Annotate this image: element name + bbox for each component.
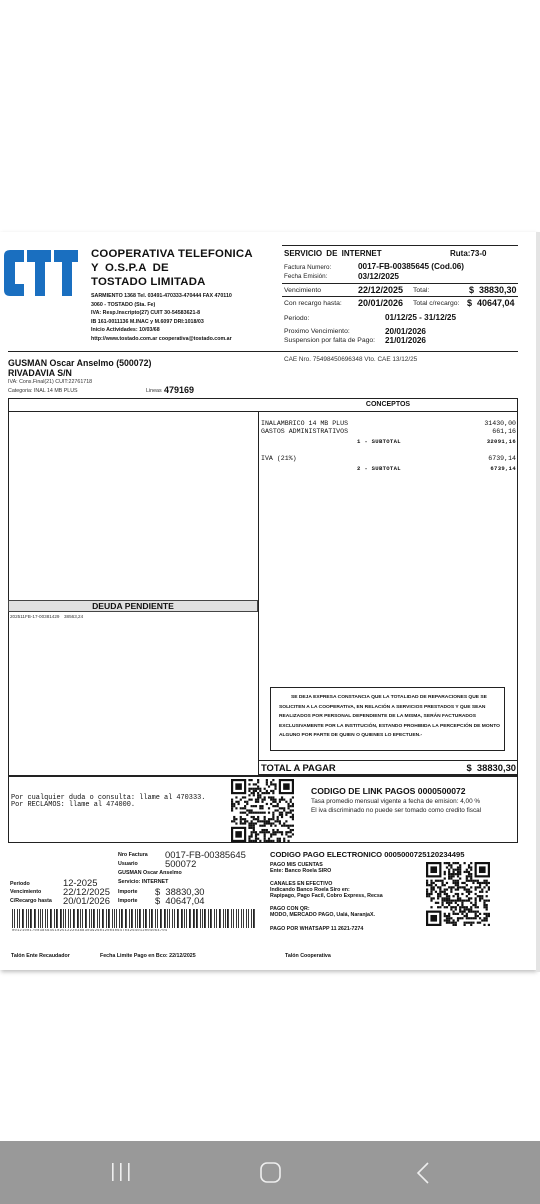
- client-name: GUSMAN Oscar Anselmo (500072): [8, 358, 151, 368]
- recargo-value: 20/01/2026: [358, 298, 403, 308]
- company-name-line: Y O.S.P.A DE: [91, 261, 253, 275]
- periodo-value: 01/12/25 - 31/12/25: [385, 313, 456, 322]
- recargo-label: Con recargo hasta:: [284, 300, 342, 307]
- company-iva: IVA: Resp.Inscripto(27) CUIT 30-54583621…: [91, 309, 232, 318]
- barcode-icon: [12, 909, 256, 928]
- subtotal-2-label: 2 - SUBTOTAL: [357, 465, 401, 472]
- lineas-value: 479169: [164, 385, 194, 395]
- disclaimer-text: SE DEJA EXPRESA CONSTANCIA QUE LA TOTALI…: [279, 695, 500, 738]
- vencimiento-label: Vencimiento: [284, 287, 321, 294]
- deuda-header: DEUDA PENDIENTE: [8, 600, 258, 612]
- fecha-limite: Fecha Limite Pago en Bco: 22/12/2025: [100, 953, 196, 959]
- suspension-label: Suspension por falta de Pago:: [284, 337, 375, 344]
- nro-factura-label: Nro Factura: [118, 852, 148, 858]
- divider: [282, 283, 518, 284]
- talon-servicio: Servicio: INTERNET: [118, 879, 168, 885]
- contact-info: Por cualquier duda o consulta: llame al …: [11, 795, 205, 810]
- usuario-label: Usuario: [118, 861, 138, 867]
- divider: [282, 296, 518, 297]
- factura-label: Factura Numero:: [284, 264, 331, 271]
- concept-desc: GASTOS ADMINISTRATIVOS: [261, 428, 348, 436]
- deuda-ref: 202511FB-17-00381429: [10, 614, 59, 619]
- codigo-pago-electronico: CODIGO PAGO ELECTRONICO 0005000725120234…: [270, 850, 464, 859]
- canales-lugares: Rapipago, Pago Facil, Cobro Express, Rec…: [270, 893, 383, 899]
- pago-whatsapp: PAGO POR WHATSAPP 11 2621-7274: [270, 926, 363, 932]
- concept-amount: 661,16: [440, 428, 516, 436]
- concept-desc: INALAMBRICO 14 MB PLUS: [261, 420, 348, 428]
- pago-qr: PAGO CON QR: MODO, MERCADO PAGO, Ualá, N…: [270, 906, 375, 918]
- concepts-header: CONCEPTOS: [258, 399, 518, 411]
- barcode-number: 0012100170038564510251222038830392601200…: [12, 929, 256, 933]
- qr-code-icon: [231, 779, 294, 842]
- talon-periodo-label: Periodo: [10, 881, 30, 887]
- proximo-label: Proximo Vencimiento:: [284, 328, 350, 335]
- concept-amount: 31430,00: [440, 420, 516, 428]
- home-icon[interactable]: [259, 1161, 283, 1185]
- system-navigation-bar: [0, 1141, 540, 1204]
- client-address: RIVADAVIA S/N: [8, 368, 151, 378]
- column-divider: [258, 411, 259, 775]
- divider: [282, 245, 518, 246]
- iva-note: El iva discriminado no puede ser tomado …: [311, 807, 481, 814]
- fecha-emision-label: Fecha Emisión:: [284, 273, 327, 280]
- suspension-value: 21/01/2026: [385, 336, 426, 345]
- periodo-label: Periodo:: [284, 315, 309, 322]
- company-info: SARMIENTO 1368 Tel. 03491-470333-470444 …: [91, 292, 232, 344]
- qr-code-icon: [426, 862, 490, 926]
- talon-recargo-label: C/Recargo hasta: [10, 898, 52, 904]
- contact-line: Por RECLAMOS: llame al 474000.: [11, 802, 205, 809]
- total-a-pagar-value: $ 38830,30: [430, 762, 516, 773]
- back-icon[interactable]: [415, 1161, 431, 1185]
- company-name-line: TOSTADO LIMITADA: [91, 275, 253, 289]
- divider: [8, 411, 518, 412]
- company-ib: IB 161-0011136 M.INAC y M.6097 DRI:1018/…: [91, 318, 232, 327]
- total-label: Total:: [413, 287, 429, 294]
- company-name-line: COOPERATIVA TELEFONICA: [91, 247, 253, 261]
- service-title: SERVICIO DE INTERNET: [284, 249, 382, 258]
- pago-mis-cuentas: PAGO MIS CUENTAS Ente: Banco Roela SIRO: [270, 862, 331, 874]
- talon-client-name: GUSMAN Oscar Anselmo: [118, 870, 182, 876]
- fecha-emision-value: 03/12/2025: [358, 272, 399, 281]
- total-a-pagar-label: TOTAL A PAGAR: [261, 762, 336, 773]
- usuario-value: 500072: [165, 858, 196, 869]
- subtotal-2-value: 6739,14: [440, 465, 516, 472]
- talon-vencimiento-label: Vencimiento: [10, 889, 41, 895]
- iva-amount: 6739,14: [440, 455, 516, 463]
- tasa-info: Tasa promedio mensual vigente a fecha de…: [311, 798, 480, 805]
- talon-cooperativa-label: Talón Cooperativa: [285, 953, 331, 959]
- canales-efectivo: CANALES EN EFECTIVO Indicando Banco Roel…: [270, 881, 383, 900]
- disclaimer-notice: SE DEJA EXPRESA CONSTANCIA QUE LA TOTALI…: [270, 687, 505, 751]
- subtotal-1-value: 32091,16: [440, 438, 516, 445]
- client-iva: IVA: Cons.Final(21) CUIT:22761718: [8, 379, 92, 385]
- talon-recargo-value: 20/01/2026: [63, 895, 110, 906]
- client-categoria: Categoria: INAL 14 MB PLUS: [8, 388, 78, 394]
- cae-info: CAE Nro. 75498450696348 Vto. CAE 13/12/2…: [284, 356, 417, 363]
- iva-desc: IVA (21%): [261, 455, 297, 463]
- proximo-value: 20/01/2026: [385, 327, 426, 336]
- factura-value: 0017-FB-00385645 (Cod.06): [358, 262, 464, 271]
- recent-apps-icon[interactable]: [110, 1161, 132, 1183]
- company-inicio: Inicio Actividades: 10/03/68: [91, 326, 232, 335]
- company-name: COOPERATIVA TELEFONICA Y O.S.P.A DE TOST…: [91, 247, 253, 289]
- company-web: http://www.tostado.com.ar cooperativa@to…: [91, 335, 232, 344]
- page-edge: [536, 232, 540, 972]
- company-city: 3060 - TOSTADO (Sta. Fe): [91, 301, 232, 310]
- talon-ente-label: Talón Ente Recaudador: [11, 953, 70, 959]
- lineas-label: Lineas: [146, 388, 162, 394]
- ctt-logo-icon: [4, 246, 78, 298]
- total-recargo-value: $ 40647,04: [467, 298, 515, 308]
- importe-recargo-label: Importe: [118, 898, 137, 904]
- importe-label: Importe: [118, 889, 137, 895]
- client-block: GUSMAN Oscar Anselmo (500072) RIVADAVIA …: [8, 358, 151, 378]
- company-address: SARMIENTO 1368 Tel. 03491-470333-470444 …: [91, 292, 232, 301]
- importe-recargo-value: $ 40647,04: [155, 895, 205, 906]
- ruta: Ruta:73-0: [450, 249, 486, 258]
- vencimiento-value: 22/12/2025: [358, 285, 403, 295]
- subtotal-1-label: 1 - SUBTOTAL: [357, 438, 401, 445]
- link-pagos-title: CODIGO DE LINK PAGOS 0000500072: [311, 786, 466, 796]
- total-value: $ 38830,30: [469, 285, 517, 295]
- pago-qr-apps: MODO, MERCADO PAGO, Ualá, NaranjaX.: [270, 912, 375, 918]
- total-recargo-label: Total c/recargo:: [413, 300, 459, 307]
- deuda-amount: 38563,24: [64, 614, 83, 619]
- divider: [8, 351, 518, 352]
- ente-info: Ente: Banco Roela SIRO: [270, 868, 331, 874]
